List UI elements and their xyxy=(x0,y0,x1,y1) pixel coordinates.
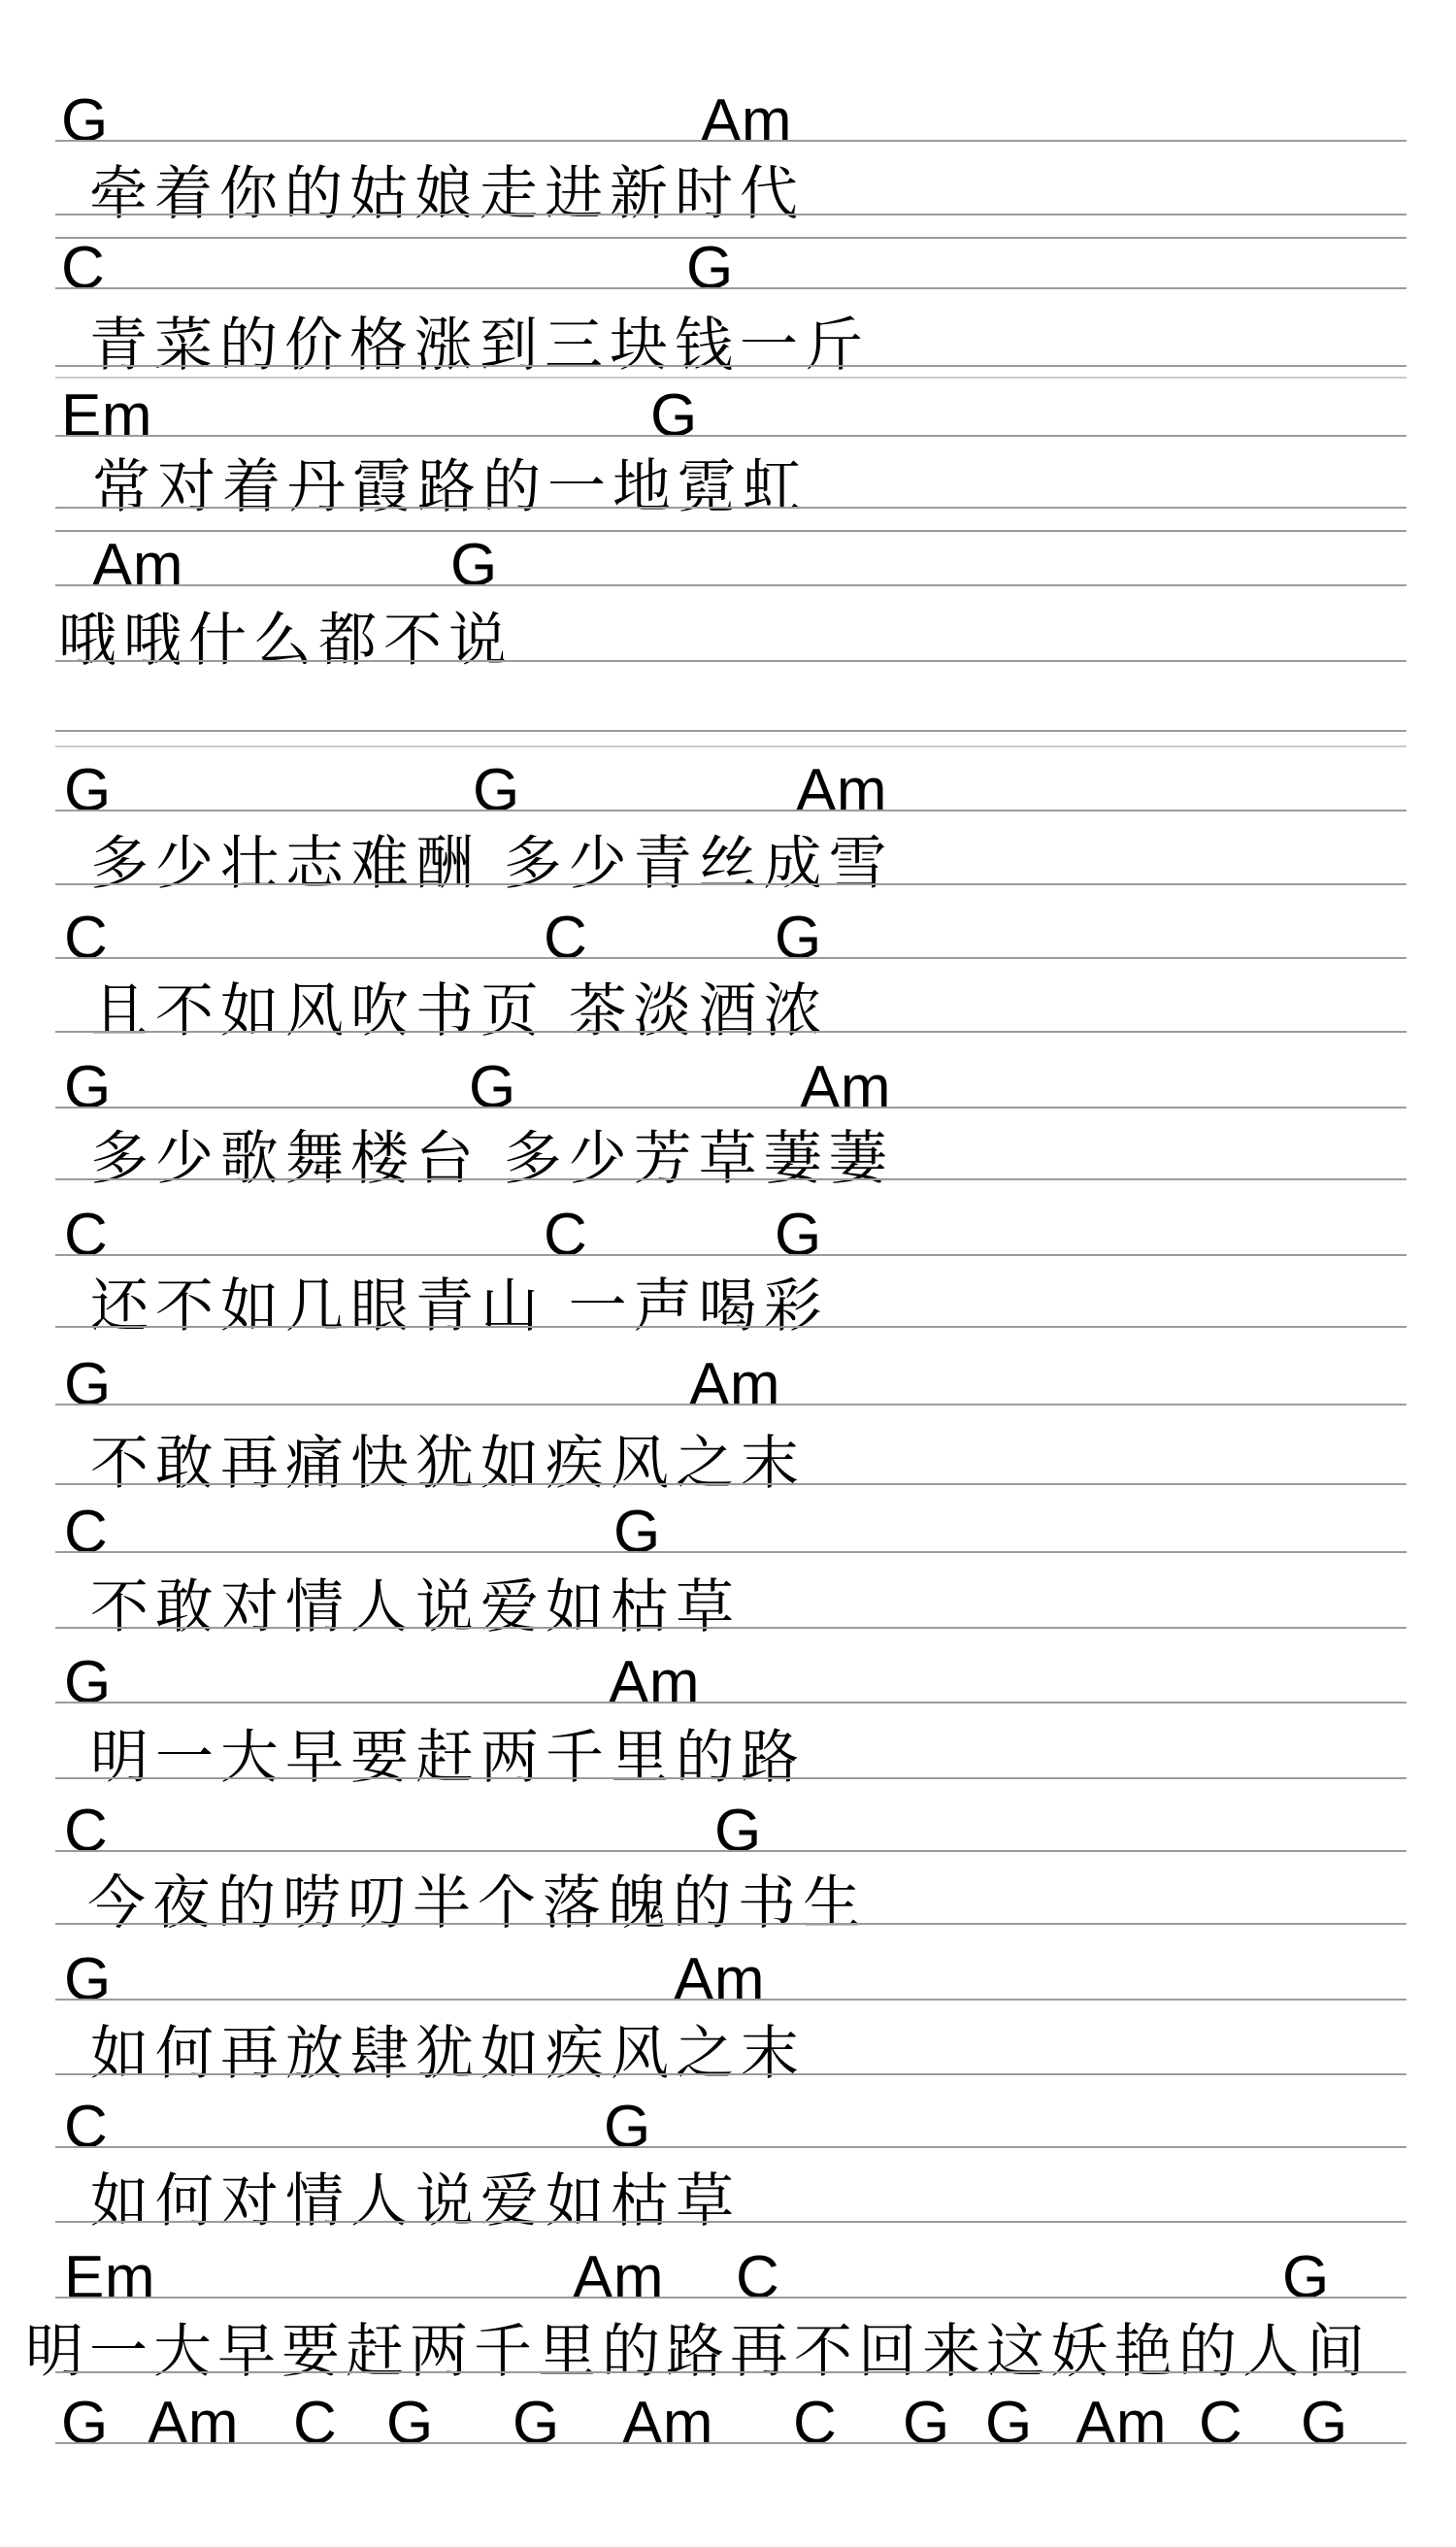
chord-row: CCG xyxy=(0,1180,1456,1256)
lyric-row: 明一大早要赶两千里的路 xyxy=(0,1704,1456,1779)
lyric-row: 明一大早要赶两千里的路再不回来这妖艳的人间 xyxy=(0,2299,1456,2373)
chord-row: GGAm xyxy=(0,747,1456,811)
spacer-row xyxy=(0,732,1456,747)
chord-row: GAm xyxy=(0,1328,1456,1406)
lyric-row: 多少壮志难酬 多少青丝成雪 xyxy=(0,811,1456,885)
lyric-row: 常对着丹霞路的一地霓虹 xyxy=(0,437,1456,509)
spacer-row xyxy=(0,509,1456,532)
chord-row: CG xyxy=(0,1485,1456,1553)
chord-row: GAm xyxy=(0,0,1456,142)
chord-row: CG xyxy=(0,2075,1456,2148)
lyric-row: 哦哦什么都不说 xyxy=(0,586,1456,662)
chord-row: CG xyxy=(0,1779,1456,1852)
chord-row: GGAm xyxy=(0,1033,1456,1108)
spacer-row xyxy=(0,367,1456,379)
chord-row: EmG xyxy=(0,379,1456,437)
lyric-row: 牵着你的姑娘走进新时代 xyxy=(0,142,1456,215)
lyric-row: 如何再放肆犹如疾风之末 xyxy=(0,2001,1456,2075)
lyric-row: 今夜的唠叨半个落魄的书生 xyxy=(0,1852,1456,1925)
chord-row: AmG xyxy=(0,532,1456,586)
chord-row: CCG xyxy=(0,885,1456,959)
chord-row: CG xyxy=(0,239,1456,289)
lyric-row: 不敢对情人说爱如枯草 xyxy=(0,1553,1456,1629)
spacer-row xyxy=(0,662,1456,732)
spacer-row xyxy=(0,2444,1456,2547)
chord-row: GAm xyxy=(0,1925,1456,2001)
chord-sheet: GAm牵着你的姑娘走进新时代CG青菜的价格涨到三块钱一斤EmG常对着丹霞路的一地… xyxy=(0,0,1456,2547)
lyric-row: 多少歌舞楼台 多少芳草萋萋 xyxy=(0,1108,1456,1180)
lyric-row: 如何对情人说爱如枯草 xyxy=(0,2148,1456,2223)
lyric-row: 还不如几眼青山 一声喝彩 xyxy=(0,1256,1456,1328)
lyric-row: 且不如风吹书页 茶淡酒浓 xyxy=(0,959,1456,1033)
chord-row: EmAmCG xyxy=(0,2223,1456,2299)
chord-row: GAmCGGAmCGGAmCG xyxy=(0,2373,1456,2444)
lyric-row: 不敢再痛快犹如疾风之末 xyxy=(0,1406,1456,1485)
lyric-row: 青菜的价格涨到三块钱一斤 xyxy=(0,289,1456,367)
chord-row: GAm xyxy=(0,1629,1456,1704)
